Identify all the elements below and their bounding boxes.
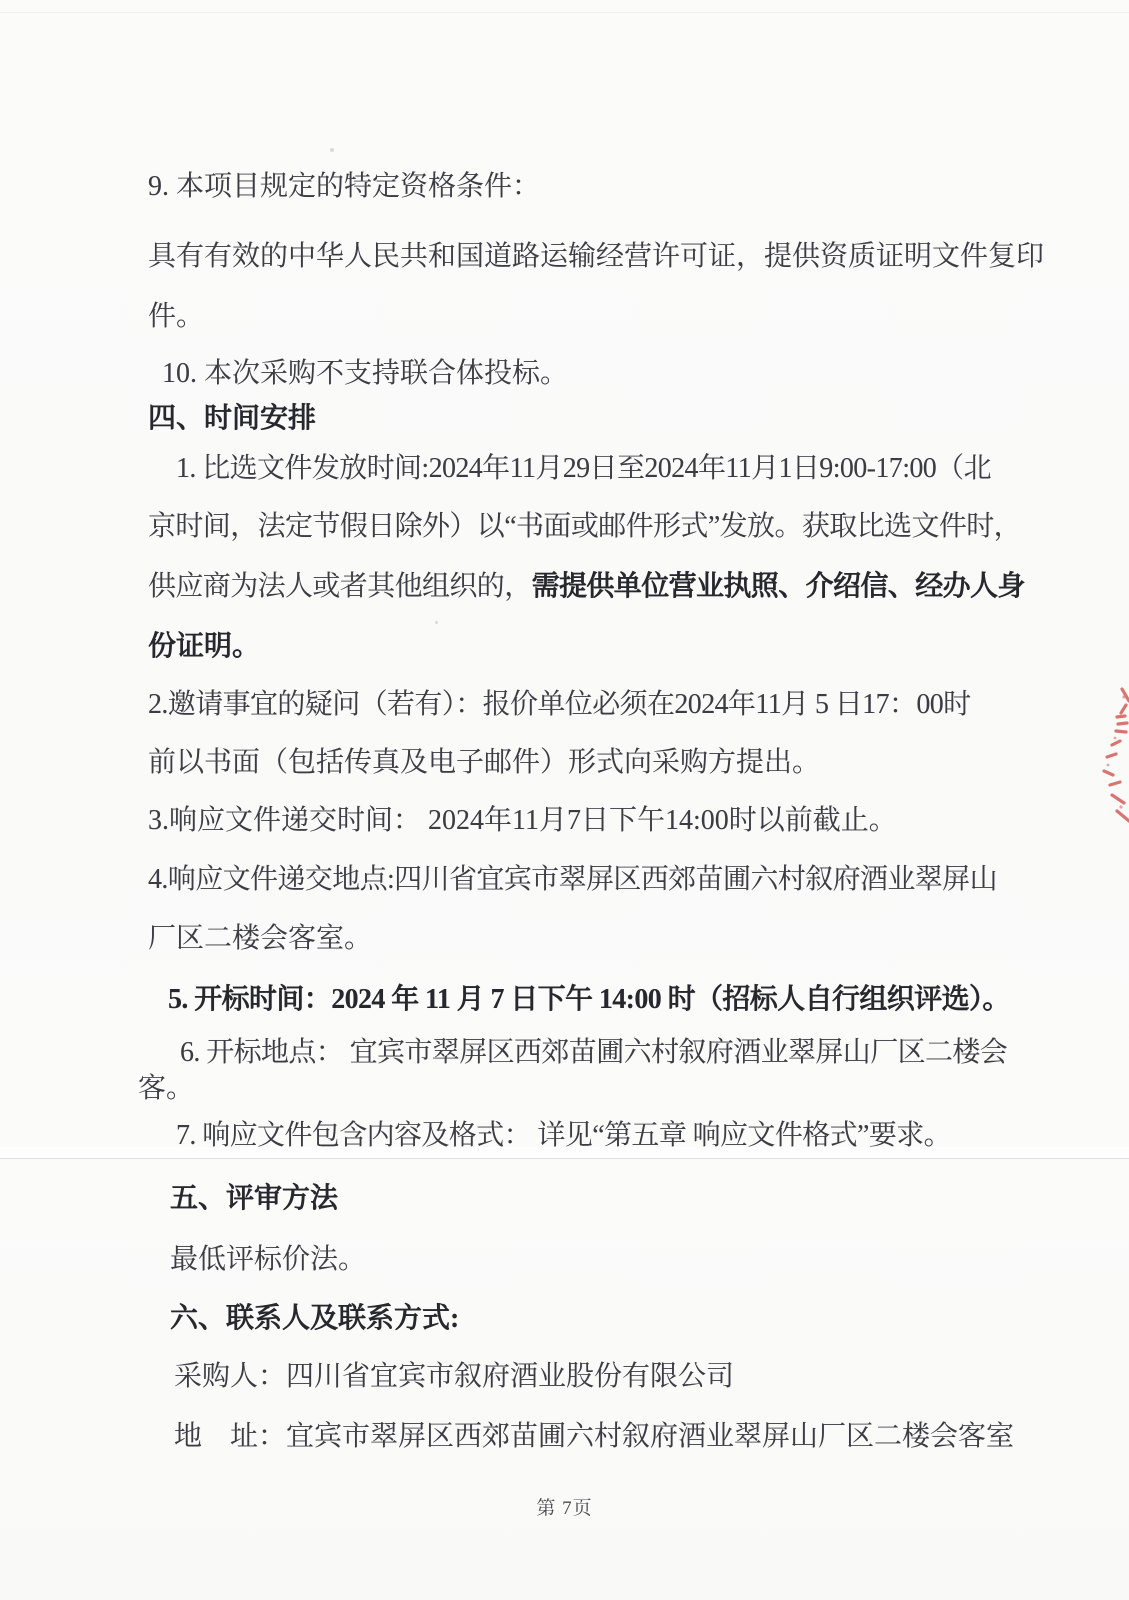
section-5-heading: 五、评审方法 xyxy=(170,1182,338,1216)
section-4-heading: 四、时间安排 xyxy=(148,402,316,436)
scan-speck xyxy=(330,148,334,152)
section-6-heading: 六、联系人及联系方式: xyxy=(170,1302,459,1336)
schedule-item-6: 6. 开标地点： 宜宾市翠屏区西郊苗圃六村叙府酒业翠屏山厂区二楼会 xyxy=(180,1036,1007,1070)
clause-10: 10. 本次采购不支持联合体投标。 xyxy=(162,357,568,391)
schedule-item-5: 5. 开标时间：2024 年 11 月 7 日下午 14:00 时（招标人自行组… xyxy=(168,983,1010,1017)
schedule-item-2-cont: 前以书面（包括传真及电子邮件）形式向采购方提出。 xyxy=(148,746,820,780)
schedule-item-1-cont: 京时间，法定节假日除外）以“书面或邮件形式”发放。获取比选文件时， xyxy=(148,510,1021,544)
scan-speck xyxy=(435,621,438,624)
schedule-item-1-cont2: 供应商为法人或者其他组织的，需提供单位营业执照、介绍信、经办人身 xyxy=(148,570,1025,604)
schedule-item-2: 2.邀请事宜的疑问（若有）：报价单位必须在2024年11月 5 日17：00时 xyxy=(148,688,971,722)
schedule-item-4: 4.响应文件递交地点:四川省宜宾市翠屏区西郊苗圃六村叙府酒业翠屏山 xyxy=(148,863,997,897)
clause-9-heading: 9. 本项目规定的特定资格条件： xyxy=(148,170,540,204)
schedule-item-6-cont: 客。 xyxy=(138,1072,194,1106)
clause-9-body-end: 件。 xyxy=(148,300,204,334)
schedule-item-4-cont: 厂区二楼会客室。 xyxy=(148,922,372,956)
contact-address: 地 址：宜宾市翠屏区西郊苗圃六村叙府酒业翠屏山厂区二楼会客室 xyxy=(174,1420,1014,1454)
page-number: 第 7页 xyxy=(0,1493,1129,1520)
scan-seam-line xyxy=(0,1147,1129,1159)
schedule-item-1: 1. 比选文件发放时间:2024年11月29日至2024年11月1日9:00-1… xyxy=(176,452,991,486)
section-5-body: 最低评标价法。 xyxy=(170,1243,366,1277)
contact-purchaser: 采购人：四川省宜宾市叙府酒业股份有限公司 xyxy=(174,1360,734,1394)
schedule-item-3: 3.响应文件递交时间： 2024年11月7日下午14:00时以前截止。 xyxy=(148,804,897,838)
schedule-item-1-cont3: 份证明。 xyxy=(148,630,260,664)
document-page: 9. 本项目规定的特定资格条件： 具有有效的中华人民共和国道路运输经营许可证，提… xyxy=(0,0,1129,1600)
red-seal-stamp-icon xyxy=(1091,683,1129,829)
document-body: 9. 本项目规定的特定资格条件： 具有有效的中华人民共和国道路运输经营许可证，提… xyxy=(148,0,990,1600)
clause-9-body: 具有有效的中华人民共和国道路运输经营许可证，提供资质证明文件复印 xyxy=(148,240,1044,274)
